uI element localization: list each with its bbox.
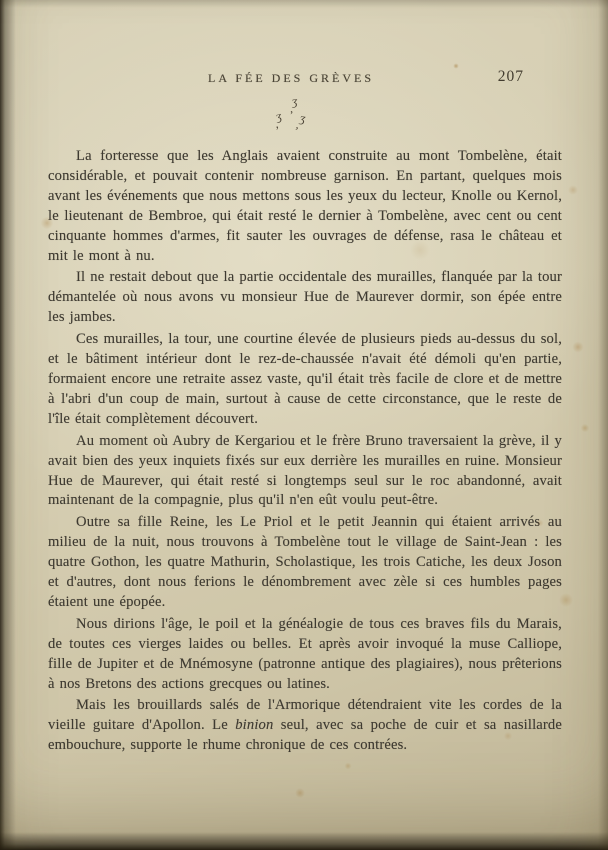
paragraph: Nous dirions l'âge, le poil et la généal… [48, 615, 562, 695]
body-text: La forteresse que les Anglais avaient co… [48, 147, 562, 758]
scan-edge-left [0, 0, 16, 850]
paragraph: Il ne restait debout que la partie occid… [48, 268, 562, 328]
scan-edge-top [0, 0, 608, 8]
fleuron-icon: ʒ, [275, 110, 283, 123]
scan-edge-bottom [0, 832, 608, 850]
fleuron-icon: ʒ, [291, 95, 298, 107]
paragraph: La forteresse que les Anglais avaient co… [48, 147, 562, 266]
paragraph: Au moment où Aubry de Kergariou et le fr… [48, 432, 562, 512]
page-number: 207 [498, 68, 524, 86]
page-header: LA FÉE DES GRÈVES 207 [0, 68, 608, 92]
paragraph: Ces murailles, la tour, une courtine éle… [48, 330, 562, 430]
paragraph: Mais les brouillards salés de l'Armoriqu… [48, 696, 562, 756]
paragraph: Outre sa fille Reine, les Le Priol et le… [48, 513, 562, 613]
typographic-ornament: ʒ, ʒ, ʒ, [275, 95, 321, 137]
scan-edge-right [598, 0, 608, 850]
fleuron-icon: ʒ, [299, 112, 306, 125]
running-title: LA FÉE DES GRÈVES [208, 71, 374, 86]
scanned-book-page: LA FÉE DES GRÈVES 207 ʒ, ʒ, ʒ, La forter… [0, 0, 608, 850]
